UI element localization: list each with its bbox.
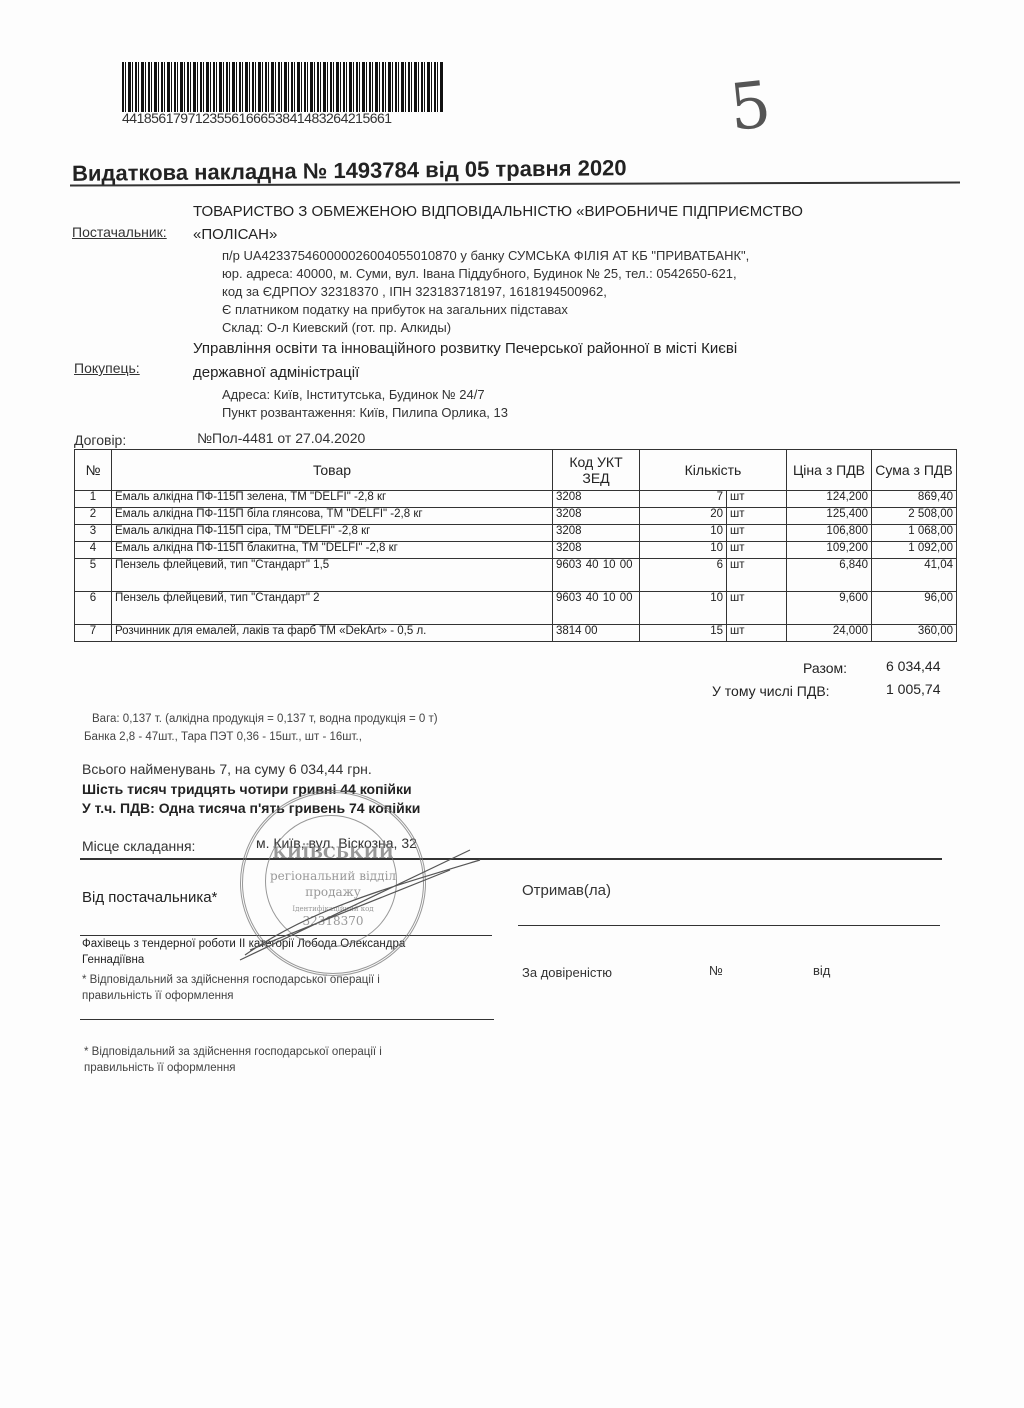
table-row: 3Емаль алкідна ПФ-115П сіра, ТМ "DELFI" … bbox=[75, 525, 957, 542]
row-code: 9603 40 10 00 bbox=[553, 592, 640, 625]
buyer-name-line2: державної адміністрації bbox=[193, 364, 359, 381]
contract-value: №Пол-4481 от 27.04.2020 bbox=[197, 430, 365, 446]
row-price: 106,800 bbox=[787, 525, 872, 542]
received-label: Отримав(ла) bbox=[522, 882, 611, 899]
header-sum: Сума з ПДВ bbox=[872, 450, 957, 491]
row-code: 3814 00 bbox=[553, 625, 640, 642]
proxy-number-label: № bbox=[709, 963, 723, 978]
table-row: 7Розчинник для емалей, лаків та фарб ТМ … bbox=[75, 625, 957, 642]
row-price: 109,200 bbox=[787, 542, 872, 559]
receiver-signature-line bbox=[518, 925, 940, 926]
supplier-warehouse: Склад: О-л Киевский (гот. пр. Алкиды) bbox=[222, 319, 749, 337]
bottom-footnote: * Відповідальний за здійснення господарс… bbox=[84, 1044, 382, 1076]
total-label: Разом: bbox=[803, 660, 847, 676]
row-qty: 15 bbox=[640, 625, 727, 642]
row-price: 24,000 bbox=[787, 625, 872, 642]
row-item: Пензель флейцевий, тип "Стандарт" 2 bbox=[112, 592, 553, 625]
header-item: Товар bbox=[112, 450, 553, 491]
row-no: 1 bbox=[75, 491, 112, 508]
row-sum: 360,00 bbox=[872, 625, 957, 642]
row-item: Емаль алкідна ПФ-115П зелена, ТМ "DELFI"… bbox=[112, 491, 553, 508]
row-unit: шт bbox=[727, 559, 787, 592]
buyer-label: Покупець: bbox=[74, 360, 140, 376]
signature-section-divider bbox=[80, 858, 942, 860]
supplier-name-line1: ТОВАРИСТВО З ОБМЕЖЕНОЮ ВІДПОВІДАЛЬНІСТЮ … bbox=[193, 203, 803, 220]
row-no: 2 bbox=[75, 508, 112, 525]
bottom-footnote-line1: * Відповідальний за здійснення господарс… bbox=[84, 1044, 382, 1060]
row-sum: 1 068,00 bbox=[872, 525, 957, 542]
row-code: 3208 bbox=[553, 508, 640, 525]
row-item: Емаль алкідна ПФ-115П блакитна, ТМ "DELF… bbox=[112, 542, 553, 559]
buyer-details: Адреса: Київ, Інститутська, Будинок № 24… bbox=[222, 386, 508, 422]
supplier-tax-status: Є платником податку на прибуток на загал… bbox=[222, 301, 749, 319]
row-item: Емаль алкідна ПФ-115П сіра, ТМ "DELFI" -… bbox=[112, 525, 553, 542]
row-code: 3208 bbox=[553, 525, 640, 542]
barcode-number: 4418561797123556166653841483264215661 bbox=[122, 110, 392, 126]
supplier-footnote-line2: правильність її оформлення bbox=[82, 988, 380, 1004]
row-qty: 7 bbox=[640, 491, 727, 508]
total-value: 6 034,44 bbox=[886, 658, 941, 674]
package-note: Банка 2,8 - 47шт., Тара ПЭТ 0,36 - 15шт.… bbox=[84, 731, 362, 743]
row-unit: шт bbox=[727, 592, 787, 625]
row-no: 4 bbox=[75, 542, 112, 559]
barcode bbox=[122, 62, 444, 112]
supplier-name-line2: «ПОЛІСАН» bbox=[193, 226, 277, 243]
supplier-account: п/р UA423375460000026004055010870 у банк… bbox=[222, 247, 749, 265]
row-unit: шт bbox=[727, 491, 787, 508]
header-no: № bbox=[75, 450, 112, 491]
row-unit: шт bbox=[727, 625, 787, 642]
row-no: 7 bbox=[75, 625, 112, 642]
table-row: 4Емаль алкідна ПФ-115П блакитна, ТМ "DEL… bbox=[75, 542, 957, 559]
table-row: 1Емаль алкідна ПФ-115П зелена, ТМ "DELFI… bbox=[75, 491, 957, 508]
proxy-label: За довіреністю bbox=[522, 965, 612, 980]
row-code: 3208 bbox=[553, 542, 640, 559]
buyer-address: Адреса: Київ, Інститутська, Будинок № 24… bbox=[222, 386, 508, 404]
row-code: 3208 bbox=[553, 491, 640, 508]
row-price: 124,200 bbox=[787, 491, 872, 508]
row-qty: 10 bbox=[640, 592, 727, 625]
supplier-details: п/р UA423375460000026004055010870 у банк… bbox=[222, 247, 749, 337]
place-label: Місце складання: bbox=[82, 838, 195, 854]
supplier-address: юр. адреса: 40000, м. Суми, вул. Івана П… bbox=[222, 265, 749, 283]
row-qty: 6 bbox=[640, 559, 727, 592]
buyer-unloading-point: Пункт розвантаження: Київ, Пилипа Орлика… bbox=[222, 404, 508, 422]
row-code: 9603 40 10 00 bbox=[553, 559, 640, 592]
row-item: Розчинник для емалей, лаків та фарб ТМ «… bbox=[112, 625, 553, 642]
row-price: 9,600 bbox=[787, 592, 872, 625]
row-unit: шт bbox=[727, 542, 787, 559]
goods-table: № Товар Код УКТ ЗЕД Кількість Ціна з ПДВ… bbox=[74, 449, 957, 642]
contract-label: Договір: bbox=[74, 432, 126, 448]
row-unit: шт bbox=[727, 525, 787, 542]
vat-label: У тому числі ПДВ: bbox=[712, 683, 830, 699]
row-sum: 2 508,00 bbox=[872, 508, 957, 525]
proxy-date-label: від bbox=[813, 963, 830, 978]
row-item: Емаль алкідна ПФ-115П біла глянсова, ТМ … bbox=[112, 508, 553, 525]
header-quantity: Кількість bbox=[640, 450, 787, 491]
from-supplier-label: Від постачальника* bbox=[82, 889, 217, 906]
row-no: 3 bbox=[75, 525, 112, 542]
row-price: 125,400 bbox=[787, 508, 872, 525]
row-no: 6 bbox=[75, 592, 112, 625]
row-qty: 10 bbox=[640, 542, 727, 559]
handwritten-mark: 5 bbox=[726, 68, 774, 146]
bottom-footnote-line2: правильність її оформлення bbox=[84, 1060, 382, 1076]
table-row: 2Емаль алкідна ПФ-115П біла глянсова, ТМ… bbox=[75, 508, 957, 525]
items-count-summary: Всього найменувань 7, на суму 6 034,44 г… bbox=[82, 761, 372, 777]
supplier-bottom-line bbox=[80, 1019, 494, 1020]
row-sum: 96,00 bbox=[872, 592, 957, 625]
vat-value: 1 005,74 bbox=[886, 681, 941, 697]
row-sum: 41,04 bbox=[872, 559, 957, 592]
supplier-footnote: * Відповідальний за здійснення господарс… bbox=[82, 972, 380, 1004]
table-header-row: № Товар Код УКТ ЗЕД Кількість Ціна з ПДВ… bbox=[75, 450, 957, 491]
supplier-label: Постачальник: bbox=[72, 224, 167, 240]
table-row: 6Пензель флейцевий, тип "Стандарт" 29603… bbox=[75, 592, 957, 625]
row-price: 6,840 bbox=[787, 559, 872, 592]
weight-note: Вага: 0,137 т. (алкідна продукція = 0,13… bbox=[92, 713, 438, 725]
row-unit: шт bbox=[727, 508, 787, 525]
row-item: Пензель флейцевий, тип "Стандарт" 1,5 bbox=[112, 559, 553, 592]
header-price: Ціна з ПДВ bbox=[787, 450, 872, 491]
supplier-codes: код за ЄДРПОУ 32318370 , ІПН 32318371819… bbox=[222, 283, 749, 301]
row-no: 5 bbox=[75, 559, 112, 592]
header-code: Код УКТ ЗЕД bbox=[553, 450, 640, 491]
row-qty: 10 bbox=[640, 525, 727, 542]
table-row: 5Пензель флейцевий, тип "Стандарт" 1,596… bbox=[75, 559, 957, 592]
row-qty: 20 bbox=[640, 508, 727, 525]
buyer-name-line1: Управління освіти та інноваційного розви… bbox=[193, 340, 737, 357]
row-sum: 869,40 bbox=[872, 491, 957, 508]
row-sum: 1 092,00 bbox=[872, 542, 957, 559]
signature-scribble bbox=[230, 830, 490, 970]
